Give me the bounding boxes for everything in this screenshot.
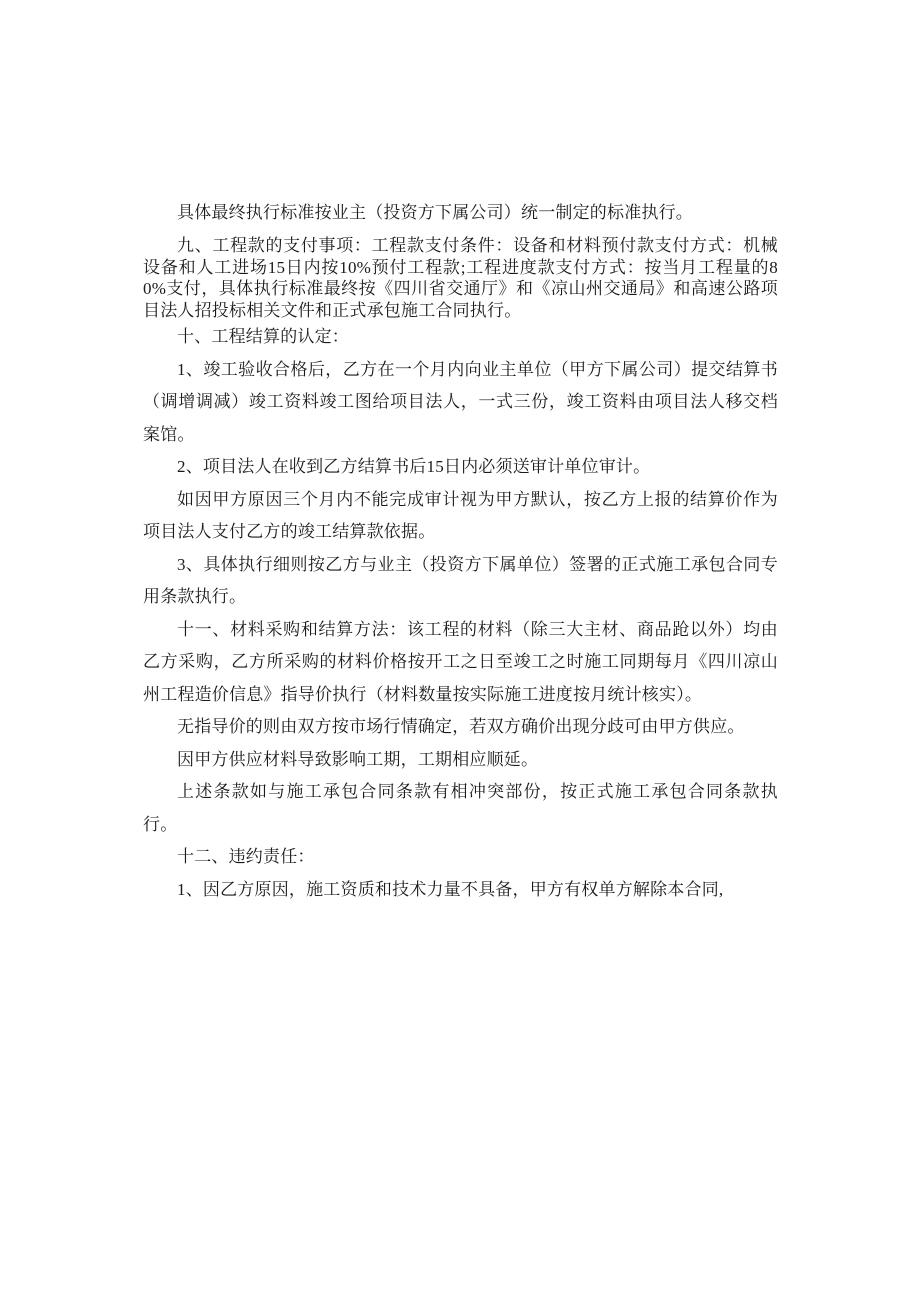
para-clause-10-audit: 如因甲方原因三个月内不能完成审计视为甲方默认，按乙方上报的结算价作为项目法人支付…: [143, 484, 778, 549]
document-page: 具体最终执行标准按业主（投资方下属公司）统一制定的标准执行。 九、工程款的支付事…: [0, 0, 920, 1301]
contract-body: 具体最终执行标准按业主（投资方下属公司）统一制定的标准执行。 九、工程款的支付事…: [143, 197, 778, 906]
para-clause-11-delay: 因甲方供应材料导致影响工期，工期相应顺延。: [143, 744, 778, 777]
para-clause-10-item-1: 1、竣工验收合格后，乙方在一个月内向业主单位（甲方下属公司）提交结算书（调增调减…: [143, 354, 778, 452]
para-clause-11-no-guide: 无指导价的则由双方按市场行情确定，若双方确价出现分歧可由甲方供应。: [143, 711, 778, 744]
para-clause-11-conflict: 上述条款如与施工承包合同条款有相冲突部份，按正式施工承包合同条款执行。: [143, 776, 778, 841]
para-clause-11-materials: 十一、材料采购和结算方法：该工程的材料（除三大主材、商品跄以外）均由乙方采购，乙…: [143, 614, 778, 712]
para-clause-10-item-2: 2、项目法人在收到乙方结算书后15日内必须送审计单位审计。: [143, 451, 778, 484]
para-clause-12-item-1: 1、因乙方原因，施工资质和技术力量不具备，甲方有权单方解除本合同,: [143, 874, 778, 907]
para-clause-12-heading: 十二、违约责任：: [143, 841, 778, 874]
para-clause-10-heading: 十、工程结算的认定：: [143, 321, 778, 354]
para-clause-10-item-3: 3、具体执行细则按乙方与业主（投资方下属单位）签署的正式施工承包合同专用条款执行…: [143, 549, 778, 614]
para-clause-9-payment: 九、工程款的支付事项：工程款支付条件：设备和材料预付款支付方式：机械设备和人工进…: [143, 235, 778, 321]
para-final-standard: 具体最终执行标准按业主（投资方下属公司）统一制定的标准执行。: [143, 197, 778, 230]
